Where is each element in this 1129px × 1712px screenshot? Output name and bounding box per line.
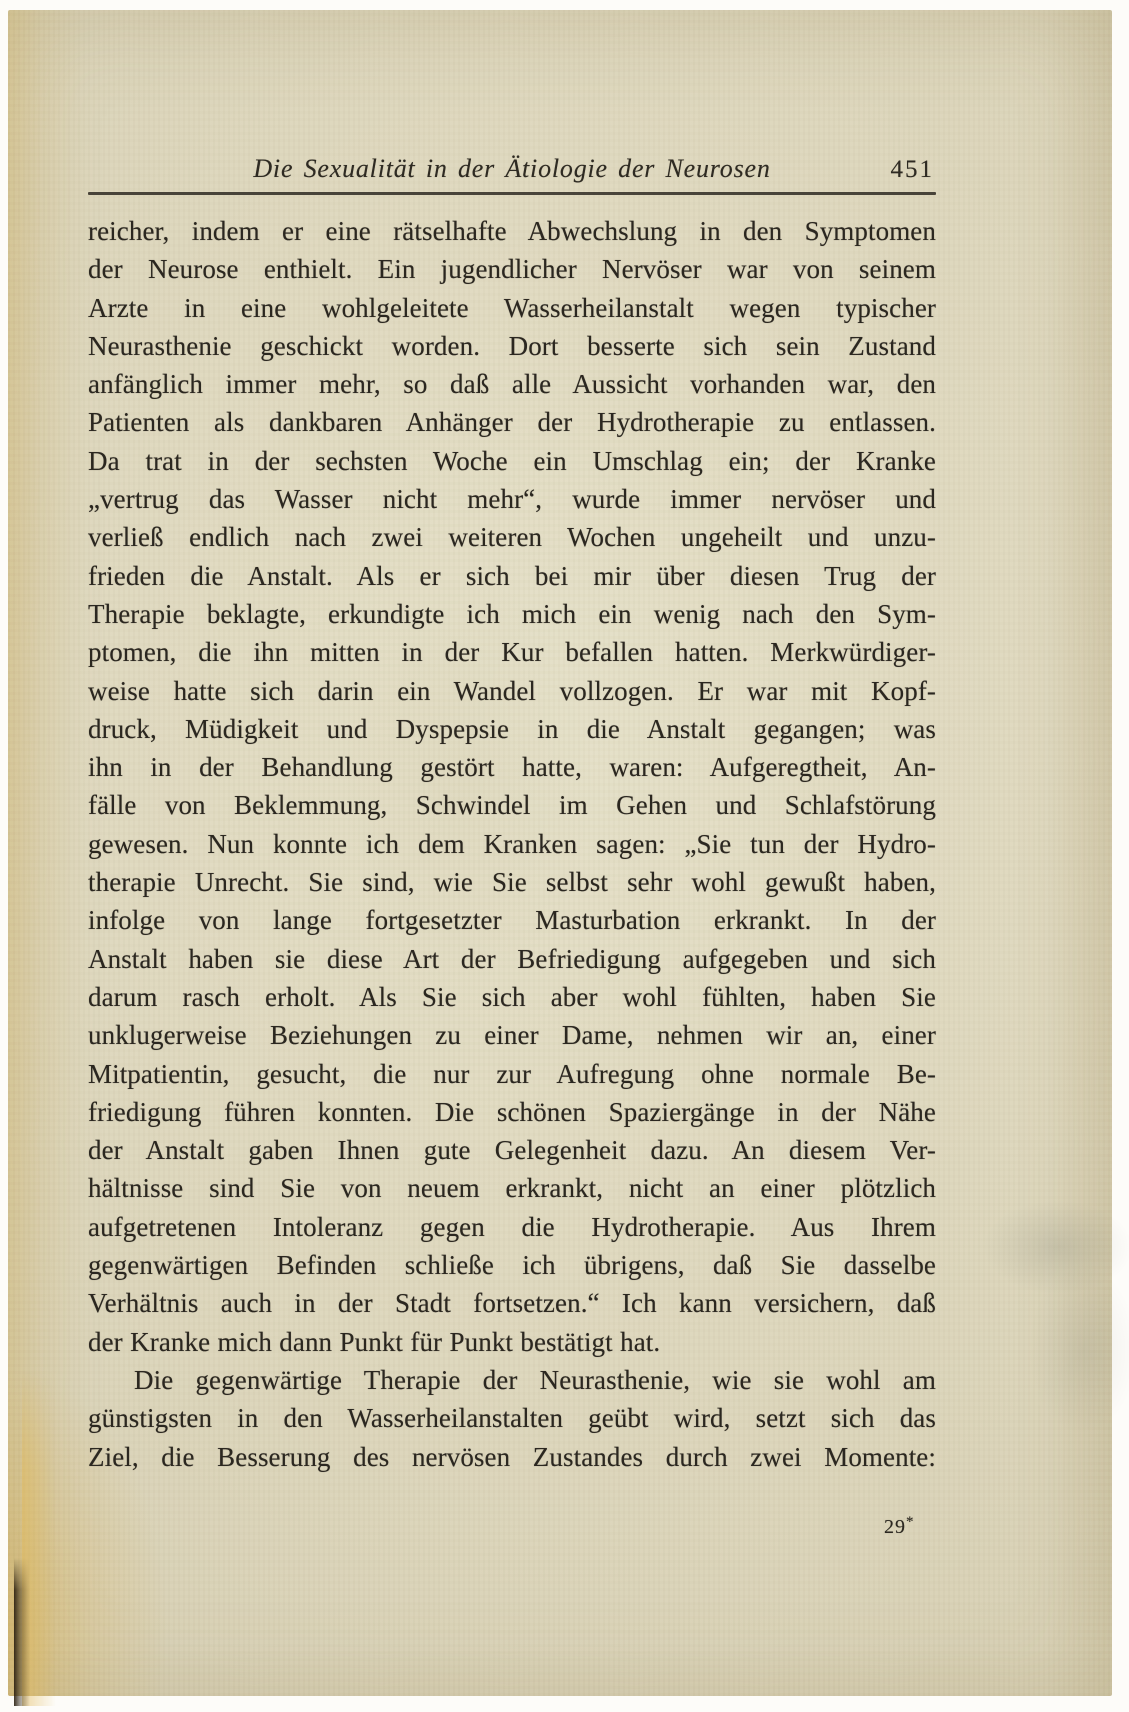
header-rule: [88, 192, 936, 195]
text-line: fälle von Beklemmung, Schwindel im Gehen…: [88, 786, 936, 824]
text-line: Patienten als dankbaren Anhänger der Hyd…: [88, 403, 936, 441]
scanned-document: Die Sexualität in der Ätiologie der Neur…: [0, 0, 1129, 1712]
text-line: Therapie beklagte, erkundigte ich mich e…: [88, 595, 936, 633]
text-line: Die gegenwärtige Therapie der Neurasthen…: [88, 1361, 936, 1399]
text-line: friedigung führen konnten. Die schönen S…: [88, 1093, 936, 1131]
text-line: ihn in der Behandlung gestört hatte, war…: [88, 748, 936, 786]
text-line: frieden die Anstalt. Als er sich bei mir…: [88, 557, 936, 595]
text-line: anfänglich immer mehr, so daß alle Aussi…: [88, 365, 936, 403]
running-header: Die Sexualität in der Ätiologie der Neur…: [88, 154, 936, 192]
gutter-highlight: [22, 1370, 56, 1706]
text-line: therapie Unrecht. Sie sind, wie Sie selb…: [88, 863, 936, 901]
text-line: Mitpatientin, gesucht, die nur zur Aufre…: [88, 1055, 936, 1093]
paper-stain: [983, 1200, 1129, 1295]
signature-star-icon: *: [906, 1514, 914, 1530]
text-line: Da trat in der sechsten Woche ein Umschl…: [88, 442, 936, 480]
signature-mark: 29*: [884, 1514, 914, 1539]
text-line: unklugerweise Beziehungen zu einer Dame,…: [88, 1016, 936, 1054]
paper-stain: [1028, 1265, 1129, 1435]
text-line: weise hatte sich darin ein Wandel vollzo…: [88, 672, 936, 710]
text-line: der Anstalt gaben Ihnen gute Gelegenheit…: [88, 1131, 936, 1169]
text-line: verließ endlich nach zwei weiteren Woche…: [88, 518, 936, 556]
page-number: 451: [891, 156, 935, 184]
text-line: Verhältnis auch in der Stadt fortsetzen.…: [88, 1284, 936, 1322]
text-line: darum rasch erholt. Als Sie sich aber wo…: [88, 978, 936, 1016]
body-text: reicher, indem er eine rätselhafte Abwec…: [88, 212, 936, 1476]
text-line: Neurasthenie geschickt worden. Dort bess…: [88, 327, 936, 365]
text-line: reicher, indem er eine rätselhafte Abwec…: [88, 212, 936, 250]
text-line: „vertrug das Wasser nicht mehr“, wurde i…: [88, 480, 936, 518]
text-line: der Neurose enthielt. Ein jugendlicher N…: [88, 250, 936, 288]
text-line: druck, Müdigkeit und Dyspepsie in die An…: [88, 710, 936, 748]
gutter-shadow: [14, 1558, 30, 1706]
text-line: hältnisse sind Sie von neuem erkrankt, n…: [88, 1169, 936, 1207]
text-line: Anstalt haben sie diese Art der Befriedi…: [88, 940, 936, 978]
text-line: gewesen. Nun konnte ich dem Kranken sage…: [88, 825, 936, 863]
header-title: Die Sexualität in der Ätiologie der Neur…: [88, 154, 936, 184]
text-line: günstigsten in den Wasserheilanstalten g…: [88, 1399, 936, 1437]
text-line: der Kranke mich dann Punkt für Punkt bes…: [88, 1323, 936, 1361]
text-line: gegenwärtigen Befinden schließe ich übri…: [88, 1246, 936, 1284]
signature-number: 29: [884, 1516, 906, 1538]
text-line: aufgetretenen Intoleranz gegen die Hydro…: [88, 1208, 936, 1246]
text-line: Arzte in eine wohlgeleitete Wasserheilan…: [88, 289, 936, 327]
text-line: ptomen, die ihn mitten in der Kur befall…: [88, 633, 936, 671]
text-line: Ziel, die Besserung des nervösen Zustand…: [88, 1438, 936, 1476]
text-line: infolge von lange fortgesetzter Masturba…: [88, 901, 936, 939]
